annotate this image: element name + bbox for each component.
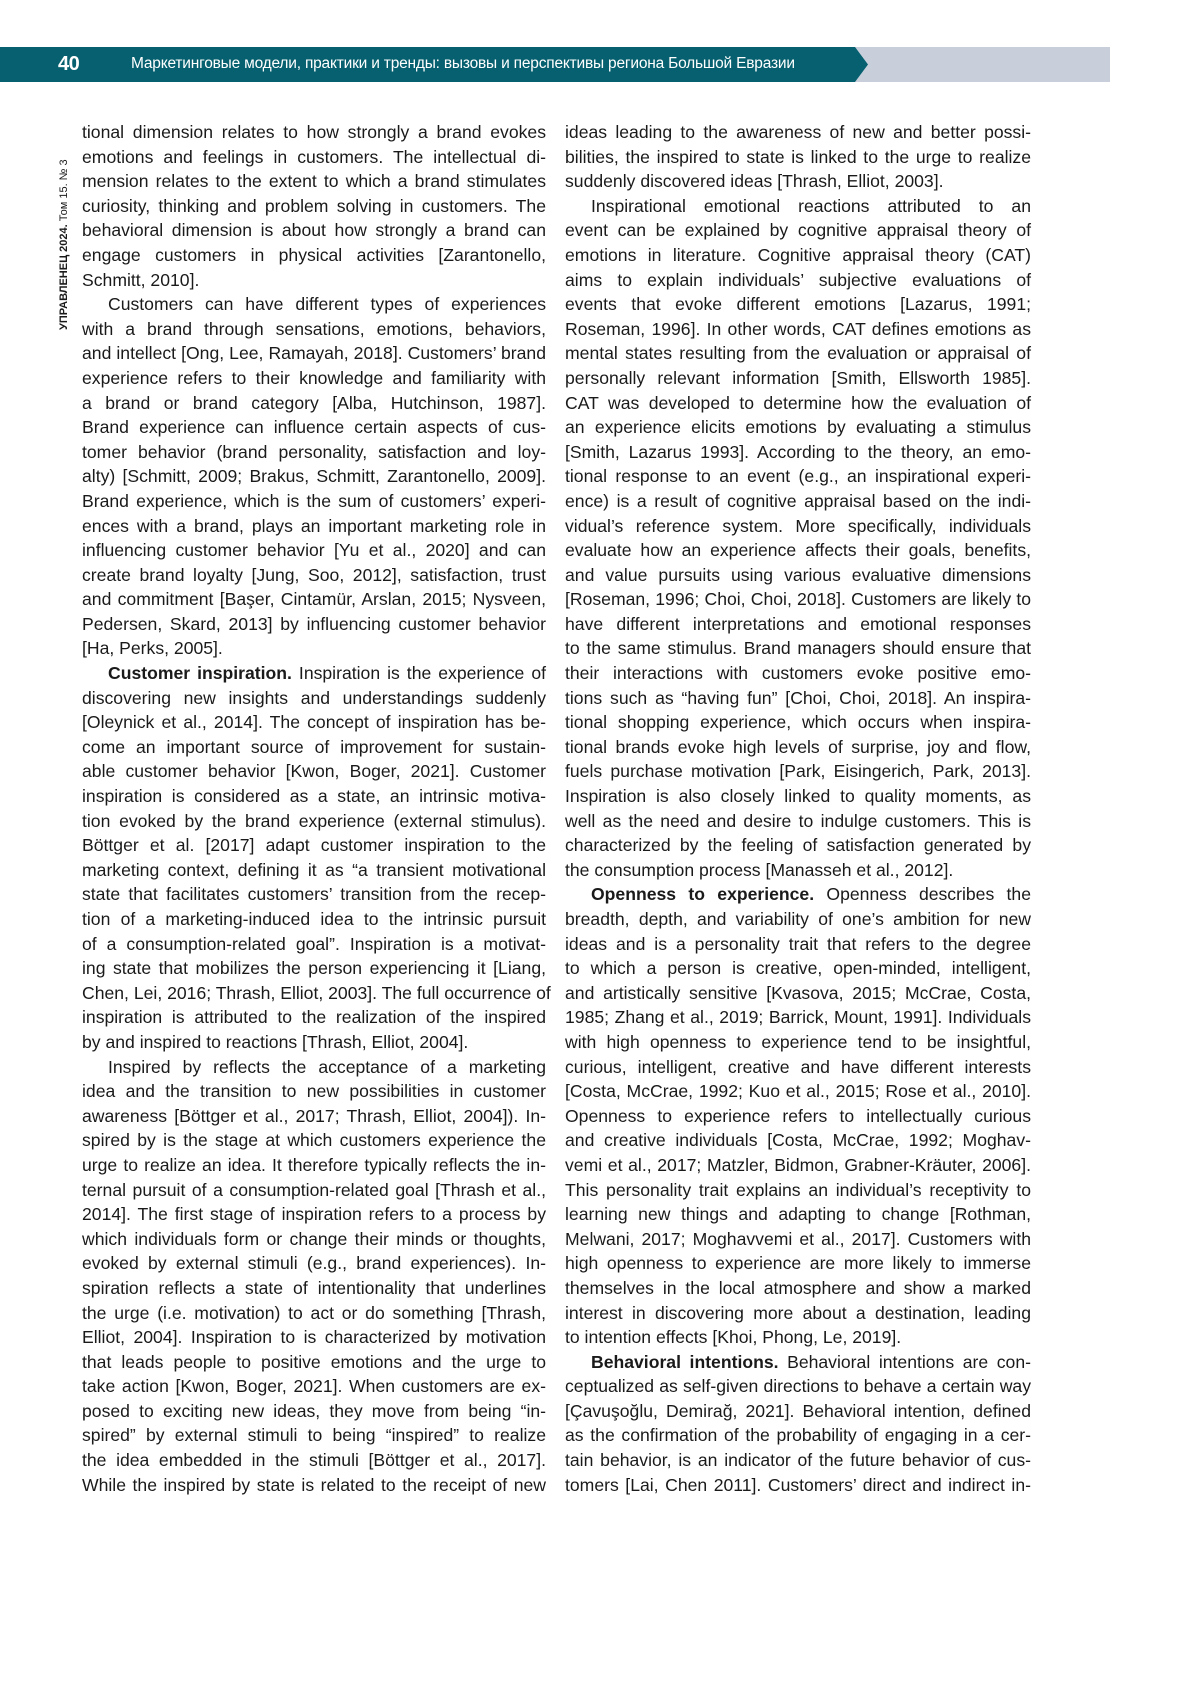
line-text: idea and the transition to new possibili…: [82, 1081, 546, 1101]
text-line: discovering new insights and understandi…: [82, 686, 546, 711]
line-text: tomers [Lai, Chen 2011]. Customers’ dire…: [565, 1475, 1031, 1495]
line-text: to intention effects [Khoi, Phong, Le, 2…: [565, 1327, 901, 1347]
line-text: CAT was developed to determine how the e…: [565, 393, 1031, 413]
text-line: and intellect [Ong, Lee, Ramayah, 2018].…: [82, 341, 546, 366]
text-line: spired” by external stimuli to being “in…: [82, 1423, 546, 1448]
line-text: the consumption process [Manasseh et al.…: [565, 860, 953, 880]
text-line: and value pursuits using various evaluat…: [565, 563, 1031, 588]
text-line: alty) [Schmitt, 2009; Brakus, Schmitt, Z…: [82, 464, 546, 489]
text-line: ideas leading to the awareness of new an…: [565, 120, 1031, 145]
line-text: tional dimension relates to how strongly…: [82, 122, 546, 142]
text-line: experience refers to their knowledge and…: [82, 366, 546, 391]
line-text: vemi et al., 2017; Matzler, Bidmon, Grab…: [565, 1155, 1031, 1175]
text-line: inspiration is attributed to the realiza…: [82, 1005, 546, 1030]
text-line: tional brands evoke high levels of surpr…: [565, 735, 1031, 760]
line-text: interest in discovering more about a des…: [565, 1303, 1031, 1323]
line-text: as the confirmation of the probability o…: [565, 1425, 1031, 1445]
text-line: state that facilitates customers’ transi…: [82, 882, 546, 907]
text-line: curiosity, thinking and problem solving …: [82, 194, 546, 219]
line-text: inspiration is considered as a state, an…: [82, 786, 546, 806]
text-line: While the inspired by state is related t…: [82, 1473, 546, 1498]
line-text: spired” by external stimuli to being “in…: [82, 1425, 546, 1445]
text-line: have different interpretations and emoti…: [565, 612, 1031, 637]
line-text: evoked by external stimuli (e.g., brand …: [82, 1253, 546, 1273]
line-text: tional shopping experience, which occurs…: [565, 712, 1031, 732]
text-line: evaluate how an experience affects their…: [565, 538, 1031, 563]
text-line: personally relevant information [Smith, …: [565, 366, 1031, 391]
line-text: ence) is a result of cognitive appraisal…: [565, 491, 1031, 511]
line-text: [Ha, Perks, 2005].: [82, 638, 223, 658]
line-text: able customer behavior [Kwon, Boger, 202…: [82, 761, 546, 781]
text-line: characterized by the feeling of satisfac…: [565, 833, 1031, 858]
line-text: with a brand through sensations, emotion…: [82, 319, 546, 339]
text-line: fuels purchase motivation [Park, Eisinge…: [565, 759, 1031, 784]
line-text: bilities, the inspired to state is linke…: [565, 147, 1031, 167]
text-line: an experience elicits emotions by evalua…: [565, 415, 1031, 440]
line-text: tion of a marketing-induced idea to the …: [82, 909, 546, 929]
line-text: the urge (i.e. motivation) to act or do …: [82, 1303, 546, 1323]
section-heading: Behavioral intentions.: [591, 1352, 779, 1372]
line-text: ing state that mobilizes the person expe…: [82, 958, 546, 978]
text-line: bilities, the inspired to state is linke…: [565, 145, 1031, 170]
line-text: Openness to experience refers to intelle…: [565, 1106, 1031, 1126]
line-text: take action [Kwon, Boger, 2021]. When cu…: [82, 1376, 546, 1396]
line-text: alty) [Schmitt, 2009; Brakus, Schmitt, Z…: [82, 466, 546, 486]
running-title: Маркетинговые модели, практики и тренды:…: [131, 55, 795, 73]
text-line: to the same stimulus. Brand managers sho…: [565, 636, 1031, 661]
line-text: [Smith, Lazarus 1993]. According to the …: [565, 442, 1031, 462]
text-line: This personality trait explains an indiv…: [565, 1178, 1031, 1203]
text-line: Roseman, 1996]. In other words, CAT defi…: [565, 317, 1031, 342]
text-line: breadth, depth, and variability of one’s…: [565, 907, 1031, 932]
text-line: suddenly discovered ideas [Thrash, Ellio…: [565, 169, 1031, 194]
line-text: tion evoked by the brand experience (ext…: [82, 811, 546, 831]
left-column: tional dimension relates to how strongly…: [82, 120, 546, 1497]
text-line: tion of a marketing-induced idea to the …: [82, 907, 546, 932]
text-line: emotions in literature. Cognitive apprai…: [565, 243, 1031, 268]
line-text: Customers can have different types of ex…: [108, 294, 546, 314]
text-line: tomer behavior (brand personality, satis…: [82, 440, 546, 465]
line-text: awareness [Böttger et al., 2017; Thrash,…: [82, 1106, 546, 1126]
text-line: ences with a brand, plays an important m…: [82, 514, 546, 539]
line-text: by and inspired to reactions [Thrash, El…: [82, 1032, 468, 1052]
line-text: posed to exciting new ideas, they move f…: [82, 1401, 546, 1421]
text-line: and commitment [Başer, Cintamür, Arslan,…: [82, 587, 546, 612]
text-line: tain behavior, is an indicator of the fu…: [565, 1448, 1031, 1473]
text-line: and creative individuals [Costa, McCrae,…: [565, 1128, 1031, 1153]
line-text: Melwani, 2017; Moghavvemi et al., 2017].…: [565, 1229, 1031, 1249]
text-line: 2014]. The first stage of inspiration re…: [82, 1202, 546, 1227]
text-line: spiration reflects a state of intentiona…: [82, 1276, 546, 1301]
line-text: of a consumption-related goal”. Inspirat…: [82, 934, 546, 954]
line-text: Inspiration is the experience of: [292, 663, 546, 683]
text-line: curious, intelligent, creative and have …: [565, 1055, 1031, 1080]
line-text: curious, intelligent, creative and have …: [565, 1057, 1031, 1077]
text-line: by and inspired to reactions [Thrash, El…: [82, 1030, 546, 1055]
header-teal-band: 40 Маркетинговые модели, практики и трен…: [0, 47, 868, 82]
line-text: fuels purchase motivation [Park, Eisinge…: [565, 761, 1031, 781]
line-text: 2014]. The first stage of inspiration re…: [82, 1204, 546, 1224]
line-text: Openness describes the: [814, 884, 1031, 904]
text-line: interest in discovering more about a des…: [565, 1301, 1031, 1326]
right-column: ideas leading to the awareness of new an…: [565, 120, 1031, 1497]
line-text: create brand loyalty [Jung, Soo, 2012], …: [82, 565, 546, 585]
line-text: tomer behavior (brand personality, satis…: [82, 442, 546, 462]
line-text: Elliot, 2004]. Inspiration to is charact…: [82, 1327, 546, 1347]
line-text: mental states resulting from the evaluat…: [565, 343, 1031, 363]
text-line: CAT was developed to determine how the e…: [565, 391, 1031, 416]
line-text: Brand experience can influence certain a…: [82, 417, 546, 437]
line-text: personally relevant information [Smith, …: [565, 368, 1031, 388]
line-text: ences with a brand, plays an important m…: [82, 516, 546, 536]
line-text: emotions in literature. Cognitive apprai…: [565, 245, 1031, 265]
line-text: engage customers in physical activities …: [82, 245, 546, 265]
text-line: the urge (i.e. motivation) to act or do …: [82, 1301, 546, 1326]
section-heading-line: Behavioral intentions. Behavioral intent…: [565, 1350, 1031, 1375]
line-text: Inspirational emotional reactions attrib…: [591, 196, 1031, 216]
line-text: to which a person is creative, open-mind…: [565, 958, 1031, 978]
text-line: idea and the transition to new possibili…: [82, 1079, 546, 1104]
line-text: marketing context, defining it as “a tra…: [82, 860, 546, 880]
line-text: tions such as “having fun” [Choi, Choi, …: [565, 688, 1031, 708]
line-text: ideas leading to the awareness of new an…: [565, 122, 1031, 142]
line-text: [Roseman, 1996; Choi, Choi, 2018]. Custo…: [565, 589, 1031, 609]
text-line: Customers can have different types of ex…: [82, 292, 546, 317]
text-line: tomers [Lai, Chen 2011]. Customers’ dire…: [565, 1473, 1031, 1498]
line-text: have different interpretations and emoti…: [565, 614, 1031, 634]
text-line: able customer behavior [Kwon, Boger, 202…: [82, 759, 546, 784]
text-line: Pedersen, Skard, 2013] by influencing cu…: [82, 612, 546, 637]
line-text: Behavioral intentions are con-: [779, 1352, 1032, 1372]
text-line: to intention effects [Khoi, Phong, Le, 2…: [565, 1325, 1031, 1350]
journal-issue: Том 15. № 3: [58, 159, 70, 224]
text-line: take action [Kwon, Boger, 2021]. When cu…: [82, 1374, 546, 1399]
text-line: [Ha, Perks, 2005].: [82, 636, 546, 661]
line-text: and creative individuals [Costa, McCrae,…: [565, 1130, 1031, 1150]
text-line: and artistically sensitive [Kvasova, 201…: [565, 981, 1031, 1006]
text-line: tional shopping experience, which occurs…: [565, 710, 1031, 735]
line-text: that leads people to positive emotions a…: [82, 1352, 546, 1372]
line-text: urge to realize an idea. It therefore ty…: [82, 1155, 546, 1175]
text-line: marketing context, defining it as “a tra…: [82, 858, 546, 883]
line-text: spiration reflects a state of intentiona…: [82, 1278, 546, 1298]
line-text: discovering new insights and understandi…: [82, 688, 546, 708]
text-line: [Smith, Lazarus 1993]. According to the …: [565, 440, 1031, 465]
line-text: mension relates to the extent to which a…: [82, 171, 546, 191]
line-text: high openness to experience are more lik…: [565, 1253, 1031, 1273]
line-text: themselves in the local atmosphere and s…: [565, 1278, 1031, 1298]
line-text: spired by is the stage at which customer…: [82, 1130, 546, 1150]
line-text: experience refers to their knowledge and…: [82, 368, 546, 388]
text-line: come an important source of improvement …: [82, 735, 546, 760]
journal-name: УПРАВЛЕНЕЦ 2024.: [58, 224, 70, 330]
line-text: ideas and is a personality trait that re…: [565, 934, 1031, 954]
text-line: inspiration is considered as a state, an…: [82, 784, 546, 809]
line-text: to the same stimulus. Brand managers sho…: [565, 638, 1031, 658]
line-text: the idea embedded in the stimuli [Böttge…: [82, 1450, 546, 1470]
text-line: spired by is the stage at which customer…: [82, 1128, 546, 1153]
text-line: vidual’s reference system. More specific…: [565, 514, 1031, 539]
line-text: influencing customer behavior [Yu et al.…: [82, 540, 546, 560]
text-line: urge to realize an idea. It therefore ty…: [82, 1153, 546, 1178]
text-line: [Çavuşoğlu, Demirağ, 2021]. Behavioral i…: [565, 1399, 1031, 1424]
text-line: 1985; Zhang et al., 2019; Barrick, Mount…: [565, 1005, 1031, 1030]
line-text: Pedersen, Skard, 2013] by influencing cu…: [82, 614, 546, 634]
line-text: [Costa, McCrae, 1992; Kuo et al., 2015; …: [565, 1081, 1031, 1101]
line-text: which individuals form or change their m…: [82, 1229, 546, 1249]
text-line: [Costa, McCrae, 1992; Kuo et al., 2015; …: [565, 1079, 1031, 1104]
line-text: evaluate how an experience affects their…: [565, 540, 1031, 560]
journal-side-label: УПРАВЛЕНЕЦ 2024. Том 15. № 3: [58, 159, 70, 330]
line-text: ternal pursuit of a consumption-related …: [82, 1180, 546, 1200]
text-line: engage customers in physical activities …: [82, 243, 546, 268]
line-text: come an important source of improvement …: [82, 737, 546, 757]
text-line: Brand experience can influence certain a…: [82, 415, 546, 440]
line-text: characterized by the feeling of satisfac…: [565, 835, 1031, 855]
text-line: that leads people to positive emotions a…: [82, 1350, 546, 1375]
text-line: [Oleynick et al., 2014]. The concept of …: [82, 710, 546, 735]
text-line: with high openness to experience tend to…: [565, 1030, 1031, 1055]
line-text: their interactions with customers evoke …: [565, 663, 1031, 683]
line-text: with high openness to experience tend to…: [565, 1032, 1031, 1052]
text-line: their interactions with customers evoke …: [565, 661, 1031, 686]
text-line: ing state that mobilizes the person expe…: [82, 956, 546, 981]
text-line: with a brand through sensations, emotion…: [82, 317, 546, 342]
text-line: tional dimension relates to how strongly…: [82, 120, 546, 145]
running-header: 40 Маркетинговые модели, практики и трен…: [0, 47, 1110, 82]
text-line: ternal pursuit of a consumption-related …: [82, 1178, 546, 1203]
line-text: [Oleynick et al., 2014]. The concept of …: [82, 712, 546, 732]
text-line: [Roseman, 1996; Choi, Choi, 2018]. Custo…: [565, 587, 1031, 612]
line-text: aims to explain individuals’ subjective …: [565, 270, 1031, 290]
text-line: Brand experience, which is the sum of cu…: [82, 489, 546, 514]
line-text: emotions and feelings in customers. The …: [82, 147, 546, 167]
text-line: tions such as “having fun” [Choi, Choi, …: [565, 686, 1031, 711]
text-line: event can be explained by cognitive appr…: [565, 218, 1031, 243]
text-line: Elliot, 2004]. Inspiration to is charact…: [82, 1325, 546, 1350]
text-line: Melwani, 2017; Moghavvemi et al., 2017].…: [565, 1227, 1031, 1252]
line-text: Inspiration is also closely linked to qu…: [565, 786, 1031, 806]
line-text: Schmitt, 2010].: [82, 270, 199, 290]
section-heading: Customer inspiration.: [108, 663, 292, 683]
line-text: well as the need and desire to indulge c…: [565, 811, 1031, 831]
text-line: of a consumption-related goal”. Inspirat…: [82, 932, 546, 957]
text-line: Böttger et al. [2017] adapt customer ins…: [82, 833, 546, 858]
text-line: the idea embedded in the stimuli [Böttge…: [82, 1448, 546, 1473]
section-heading: Openness to experience.: [591, 884, 814, 904]
line-text: event can be explained by cognitive appr…: [565, 220, 1031, 240]
text-line: vemi et al., 2017; Matzler, Bidmon, Grab…: [565, 1153, 1031, 1178]
line-text: Böttger et al. [2017] adapt customer ins…: [82, 835, 546, 855]
line-text: Chen, Lei, 2016; Thrash, Elliot, 2003]. …: [82, 983, 551, 1003]
line-text: 1985; Zhang et al., 2019; Barrick, Mount…: [565, 1007, 1031, 1027]
text-line: tional response to an event (e.g., an in…: [565, 464, 1031, 489]
text-line: ceptualized as self-given directions to …: [565, 1374, 1031, 1399]
line-text: tional brands evoke high levels of surpr…: [565, 737, 1031, 757]
line-text: and commitment [Başer, Cintamür, Arslan,…: [82, 589, 546, 609]
text-line: high openness to experience are more lik…: [565, 1251, 1031, 1276]
line-text: Inspired by reflects the acceptance of a…: [108, 1057, 546, 1077]
line-text: and value pursuits using various evaluat…: [565, 565, 1031, 585]
text-line: the consumption process [Manasseh et al.…: [565, 858, 1031, 883]
text-line: learning new things and adapting to chan…: [565, 1202, 1031, 1227]
text-line: Chen, Lei, 2016; Thrash, Elliot, 2003]. …: [82, 981, 546, 1006]
line-text: inspiration is attributed to the realiza…: [82, 1007, 546, 1027]
line-text: tain behavior, is an indicator of the fu…: [565, 1450, 1031, 1470]
text-line: aims to explain individuals’ subjective …: [565, 268, 1031, 293]
section-heading-line: Customer inspiration. Inspiration is the…: [82, 661, 546, 686]
text-line: a brand or brand category [Alba, Hutchin…: [82, 391, 546, 416]
text-line: create brand loyalty [Jung, Soo, 2012], …: [82, 563, 546, 588]
text-line: themselves in the local atmosphere and s…: [565, 1276, 1031, 1301]
line-text: curiosity, thinking and problem solving …: [82, 196, 546, 216]
text-line: to which a person is creative, open-mind…: [565, 956, 1031, 981]
line-text: Roseman, 1996]. In other words, CAT defi…: [565, 319, 1031, 339]
line-text: breadth, depth, and variability of one’s…: [565, 909, 1031, 929]
text-line: events that evoke different emotions [La…: [565, 292, 1031, 317]
text-line: Inspiration is also closely linked to qu…: [565, 784, 1031, 809]
text-line: mension relates to the extent to which a…: [82, 169, 546, 194]
text-line: tion evoked by the brand experience (ext…: [82, 809, 546, 834]
page-number: 40: [58, 53, 79, 76]
text-line: evoked by external stimuli (e.g., brand …: [82, 1251, 546, 1276]
line-text: an experience elicits emotions by evalua…: [565, 417, 1031, 437]
line-text: suddenly discovered ideas [Thrash, Ellio…: [565, 171, 943, 191]
line-text: a brand or brand category [Alba, Hutchin…: [82, 393, 546, 413]
section-heading-line: Openness to experience. Openness describ…: [565, 882, 1031, 907]
text-line: as the confirmation of the probability o…: [565, 1423, 1031, 1448]
line-text: and artistically sensitive [Kvasova, 201…: [565, 983, 1031, 1003]
text-line: behavioral dimension is about how strong…: [82, 218, 546, 243]
text-line: mental states resulting from the evaluat…: [565, 341, 1031, 366]
text-line: influencing customer behavior [Yu et al.…: [82, 538, 546, 563]
text-line: emotions and feelings in customers. The …: [82, 145, 546, 170]
text-line: Inspirational emotional reactions attrib…: [565, 194, 1031, 219]
text-line: well as the need and desire to indulge c…: [565, 809, 1031, 834]
line-text: ceptualized as self-given directions to …: [565, 1376, 1031, 1396]
text-line: ence) is a result of cognitive appraisal…: [565, 489, 1031, 514]
line-text: state that facilitates customers’ transi…: [82, 884, 546, 904]
text-line: Inspired by reflects the acceptance of a…: [82, 1055, 546, 1080]
line-text: This personality trait explains an indiv…: [565, 1180, 1031, 1200]
line-text: While the inspired by state is related t…: [82, 1475, 546, 1495]
line-text: vidual’s reference system. More specific…: [565, 516, 1031, 536]
line-text: Brand experience, which is the sum of cu…: [82, 491, 546, 511]
line-text: and intellect [Ong, Lee, Ramayah, 2018].…: [82, 343, 546, 363]
text-line: ideas and is a personality trait that re…: [565, 932, 1031, 957]
text-line: which individuals form or change their m…: [82, 1227, 546, 1252]
text-line: Openness to experience refers to intelle…: [565, 1104, 1031, 1129]
line-text: events that evoke different emotions [La…: [565, 294, 1031, 314]
text-line: posed to exciting new ideas, they move f…: [82, 1399, 546, 1424]
line-text: [Çavuşoğlu, Demirağ, 2021]. Behavioral i…: [565, 1401, 1031, 1421]
text-line: Schmitt, 2010].: [82, 268, 546, 293]
line-text: learning new things and adapting to chan…: [565, 1204, 1031, 1224]
line-text: tional response to an event (e.g., an in…: [565, 466, 1031, 486]
text-line: awareness [Böttger et al., 2017; Thrash,…: [82, 1104, 546, 1129]
line-text: behavioral dimension is about how strong…: [82, 220, 546, 240]
